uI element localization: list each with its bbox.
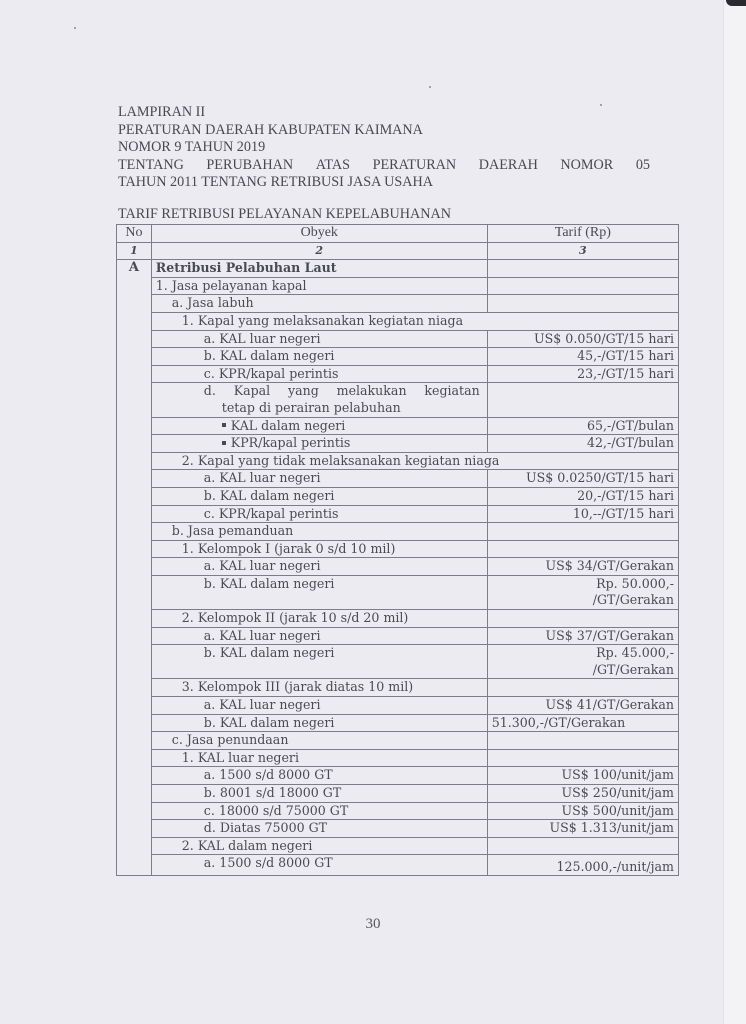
row-obyek: KPR/kapal perintis [151, 435, 487, 453]
row-obyek: a. KAL luar negeri [151, 330, 487, 348]
row-obyek: 3. Kelompok III (jarak diatas 10 mil) [151, 679, 487, 697]
table-row: d. Diatas 75000 GT US$ 1.313/unit/jam [117, 820, 679, 838]
row-obyek: c. KPR/kapal perintis [151, 365, 487, 383]
table-row: c. Jasa penundaan [117, 732, 679, 750]
header-line-nomor: NOMOR 9 TAHUN 2019 [118, 139, 650, 157]
row-tarif-line2: /GT/Gerakan [492, 592, 674, 609]
document-header: LAMPIRAN II PERATURAN DAERAH KABUPATEN K… [118, 104, 650, 192]
row-obyek: KAL dalam negeri [151, 417, 487, 435]
header-line-peraturan: PERATURAN DAERAH KABUPATEN KAIMANA [118, 122, 650, 140]
table-row: 2. KAL dalam negeri [117, 837, 679, 855]
header-line-tahun: TAHUN 2011 TENTANG RETRIBUSI JASA USAHA [118, 174, 650, 192]
row-tarif: 45,-/GT/15 hari [487, 348, 678, 366]
row-tarif [487, 679, 678, 697]
row-tarif [487, 523, 678, 541]
bullet-icon [222, 423, 226, 427]
table-row: b. KAL dalam negeri 51.300,-/GT/Gerakan [117, 714, 679, 732]
row-tarif: US$ 34/GT/Gerakan [487, 558, 678, 576]
table-row: a. Jasa labuh [117, 295, 679, 313]
row-obyek: 2. Kapal yang tidak melaksanakan kegiata… [151, 452, 678, 470]
header-line-tentang: TENTANG PERUBAHAN ATAS PERATURAN DAERAH … [118, 157, 650, 175]
row-tarif: US$ 1.313/unit/jam [487, 820, 678, 838]
tarif-table: No Obyek Tarif (Rp) 1 2 3 A Retribusi Pe… [116, 224, 679, 876]
table-row: 1. Kapal yang melaksanakan kegiatan niag… [117, 312, 679, 330]
row-tarif: Rp. 45.000,- /GT/Gerakan [487, 645, 678, 679]
row-tarif-line1: Rp. 50.000,- [492, 576, 674, 593]
row-obyek: c. 18000 s/d 75000 GT [151, 802, 487, 820]
column-header-no: No [117, 225, 152, 243]
row-obyek: b. KAL dalam negeri [151, 645, 487, 679]
row-obyek: 2. Kelompok II (jarak 10 s/d 20 mil) [151, 610, 487, 628]
row-tarif [487, 540, 678, 558]
row-obyek: a. KAL luar negeri [151, 697, 487, 715]
table-header-row: No Obyek Tarif (Rp) [117, 225, 679, 243]
row-tarif [487, 837, 678, 855]
word: PERATURAN [373, 157, 457, 175]
row-obyek-line2: tetap di perairan pelabuhan [204, 400, 401, 417]
table-row: b. KAL dalam negeri Rp. 45.000,- /GT/Ger… [117, 645, 679, 679]
header-line-lampiran: LAMPIRAN II [118, 104, 650, 122]
row-tarif: 51.300,-/GT/Gerakan [487, 714, 678, 732]
row-tarif: US$ 0.0250/GT/15 hari [487, 470, 678, 488]
row-obyek: d.Kapalyangmelakukankegiatan tetap di pe… [151, 383, 487, 417]
row-tarif [487, 610, 678, 628]
scan-corner-shadow [726, 0, 746, 6]
row-obyek: b. KAL dalam negeri [151, 714, 487, 732]
table-row: a. KAL luar negeri US$ 0.0250/GT/15 hari [117, 470, 679, 488]
row-obyek: 2. KAL dalam negeri [151, 837, 487, 855]
table-row: a. KAL luar negeri US$ 34/GT/Gerakan [117, 558, 679, 576]
row-obyek: 1. Kapal yang melaksanakan kegiatan niag… [151, 312, 678, 330]
table-row: a. KAL luar negeri US$ 0.050/GT/15 hari [117, 330, 679, 348]
bullet-icon [222, 441, 226, 445]
row-obyek-line1: d.Kapalyangmelakukankegiatan [204, 383, 480, 400]
row-obyek: b. KAL dalam negeri [151, 487, 487, 505]
row-tarif: 10,--/GT/15 hari [487, 505, 678, 523]
word: PERUBAHAN [206, 157, 293, 175]
row-tarif: 65,-/GT/bulan [487, 417, 678, 435]
row-obyek: a. 1500 s/d 8000 GT [151, 855, 487, 876]
word: NOMOR [560, 157, 613, 175]
word: TENTANG [118, 157, 184, 175]
column-number: 1 [117, 242, 152, 260]
table-row: A Retribusi Pelabuhan Laut [117, 260, 679, 278]
row-tarif: US$ 250/unit/jam [487, 785, 678, 803]
table-row: b. 8001 s/d 18000 GT US$ 250/unit/jam [117, 785, 679, 803]
table-row: 2. Kelompok II (jarak 10 s/d 20 mil) [117, 610, 679, 628]
table-row: 1. Kelompok I (jarak 0 s/d 10 mil) [117, 540, 679, 558]
scan-edge-strip [723, 0, 746, 1024]
row-tarif [487, 260, 678, 278]
row-tarif: US$ 37/GT/Gerakan [487, 627, 678, 645]
row-obyek: c. KPR/kapal perintis [151, 505, 487, 523]
table-row: c. KPR/kapal perintis 10,--/GT/15 hari [117, 505, 679, 523]
row-tarif: US$ 41/GT/Gerakan [487, 697, 678, 715]
table-row: 1. Jasa pelayanan kapal [117, 277, 679, 295]
row-obyek: a. KAL luar negeri [151, 558, 487, 576]
table-row: KAL dalam negeri 65,-/GT/bulan [117, 417, 679, 435]
table-row: a. KAL luar negeri US$ 37/GT/Gerakan [117, 627, 679, 645]
scan-speck [429, 86, 431, 88]
row-obyek: 1. Kelompok I (jarak 0 s/d 10 mil) [151, 540, 487, 558]
row-tarif [487, 277, 678, 295]
table-row: b. Jasa pemanduan [117, 523, 679, 541]
row-tarif: US$ 500/unit/jam [487, 802, 678, 820]
table-row: 3. Kelompok III (jarak diatas 10 mil) [117, 679, 679, 697]
word: 05 [636, 157, 650, 175]
row-obyek: c. Jasa penundaan [151, 732, 487, 750]
row-tarif: US$ 100/unit/jam [487, 767, 678, 785]
row-obyek: 1. Jasa pelayanan kapal [151, 277, 487, 295]
row-tarif-line2: /GT/Gerakan [492, 662, 674, 679]
row-tarif: US$ 0.050/GT/15 hari [487, 330, 678, 348]
table-row: 2. Kapal yang tidak melaksanakan kegiata… [117, 452, 679, 470]
column-header-obyek: Obyek [151, 225, 487, 243]
word: ATAS [316, 157, 350, 175]
row-tarif: Rp. 50.000,- /GT/Gerakan [487, 575, 678, 609]
column-number: 2 [151, 242, 487, 260]
table-row: c. 18000 s/d 75000 GT US$ 500/unit/jam [117, 802, 679, 820]
row-obyek: b. 8001 s/d 18000 GT [151, 785, 487, 803]
row-obyek: a. 1500 s/d 8000 GT [151, 767, 487, 785]
word: DAERAH [479, 157, 538, 175]
row-tarif: 23,-/GT/15 hari [487, 365, 678, 383]
table-row: 1. KAL luar negeri [117, 749, 679, 767]
page-number: 30 [0, 916, 746, 933]
table-row: a. 1500 s/d 8000 GT 125.000,-/unit/jam [117, 855, 679, 876]
row-obyek-text: KAL dalam negeri [231, 418, 346, 433]
table-row: KPR/kapal perintis 42,-/GT/bulan [117, 435, 679, 453]
row-tarif: 125.000,-/unit/jam [487, 855, 678, 876]
row-obyek: b. KAL dalam negeri [151, 348, 487, 366]
row-tarif [487, 383, 678, 417]
row-obyek-text: KPR/kapal perintis [231, 435, 351, 450]
table-row: b. KAL dalam negeri Rp. 50.000,- /GT/Ger… [117, 575, 679, 609]
scan-speck [74, 27, 76, 29]
row-obyek: a. KAL luar negeri [151, 627, 487, 645]
row-tarif: 42,-/GT/bulan [487, 435, 678, 453]
row-obyek: a. KAL luar negeri [151, 470, 487, 488]
row-obyek: 1. KAL luar negeri [151, 749, 487, 767]
column-header-tarif: Tarif (Rp) [487, 225, 678, 243]
column-number-row: 1 2 3 [117, 242, 679, 260]
table-title: TARIF RETRIBUSI PELAYANAN KEPELABUHANAN [118, 206, 451, 223]
row-tarif [487, 295, 678, 313]
row-tarif [487, 749, 678, 767]
table-row: b. KAL dalam negeri 20,-/GT/15 hari [117, 487, 679, 505]
column-number: 3 [487, 242, 678, 260]
row-obyek: b. KAL dalam negeri [151, 575, 487, 609]
table-row: b. KAL dalam negeri 45,-/GT/15 hari [117, 348, 679, 366]
table-row: a. 1500 s/d 8000 GT US$ 100/unit/jam [117, 767, 679, 785]
table-row: d.Kapalyangmelakukankegiatan tetap di pe… [117, 383, 679, 417]
row-obyek: Retribusi Pelabuhan Laut [151, 260, 487, 278]
row-tarif-line1: Rp. 45.000,- [492, 645, 674, 662]
row-obyek: d. Diatas 75000 GT [151, 820, 487, 838]
row-tarif [487, 732, 678, 750]
row-tarif: 20,-/GT/15 hari [487, 487, 678, 505]
table-row: c. KPR/kapal perintis 23,-/GT/15 hari [117, 365, 679, 383]
row-obyek: b. Jasa pemanduan [151, 523, 487, 541]
row-obyek: a. Jasa labuh [151, 295, 487, 313]
section-no: A [117, 260, 152, 876]
table-row: a. KAL luar negeri US$ 41/GT/Gerakan [117, 697, 679, 715]
